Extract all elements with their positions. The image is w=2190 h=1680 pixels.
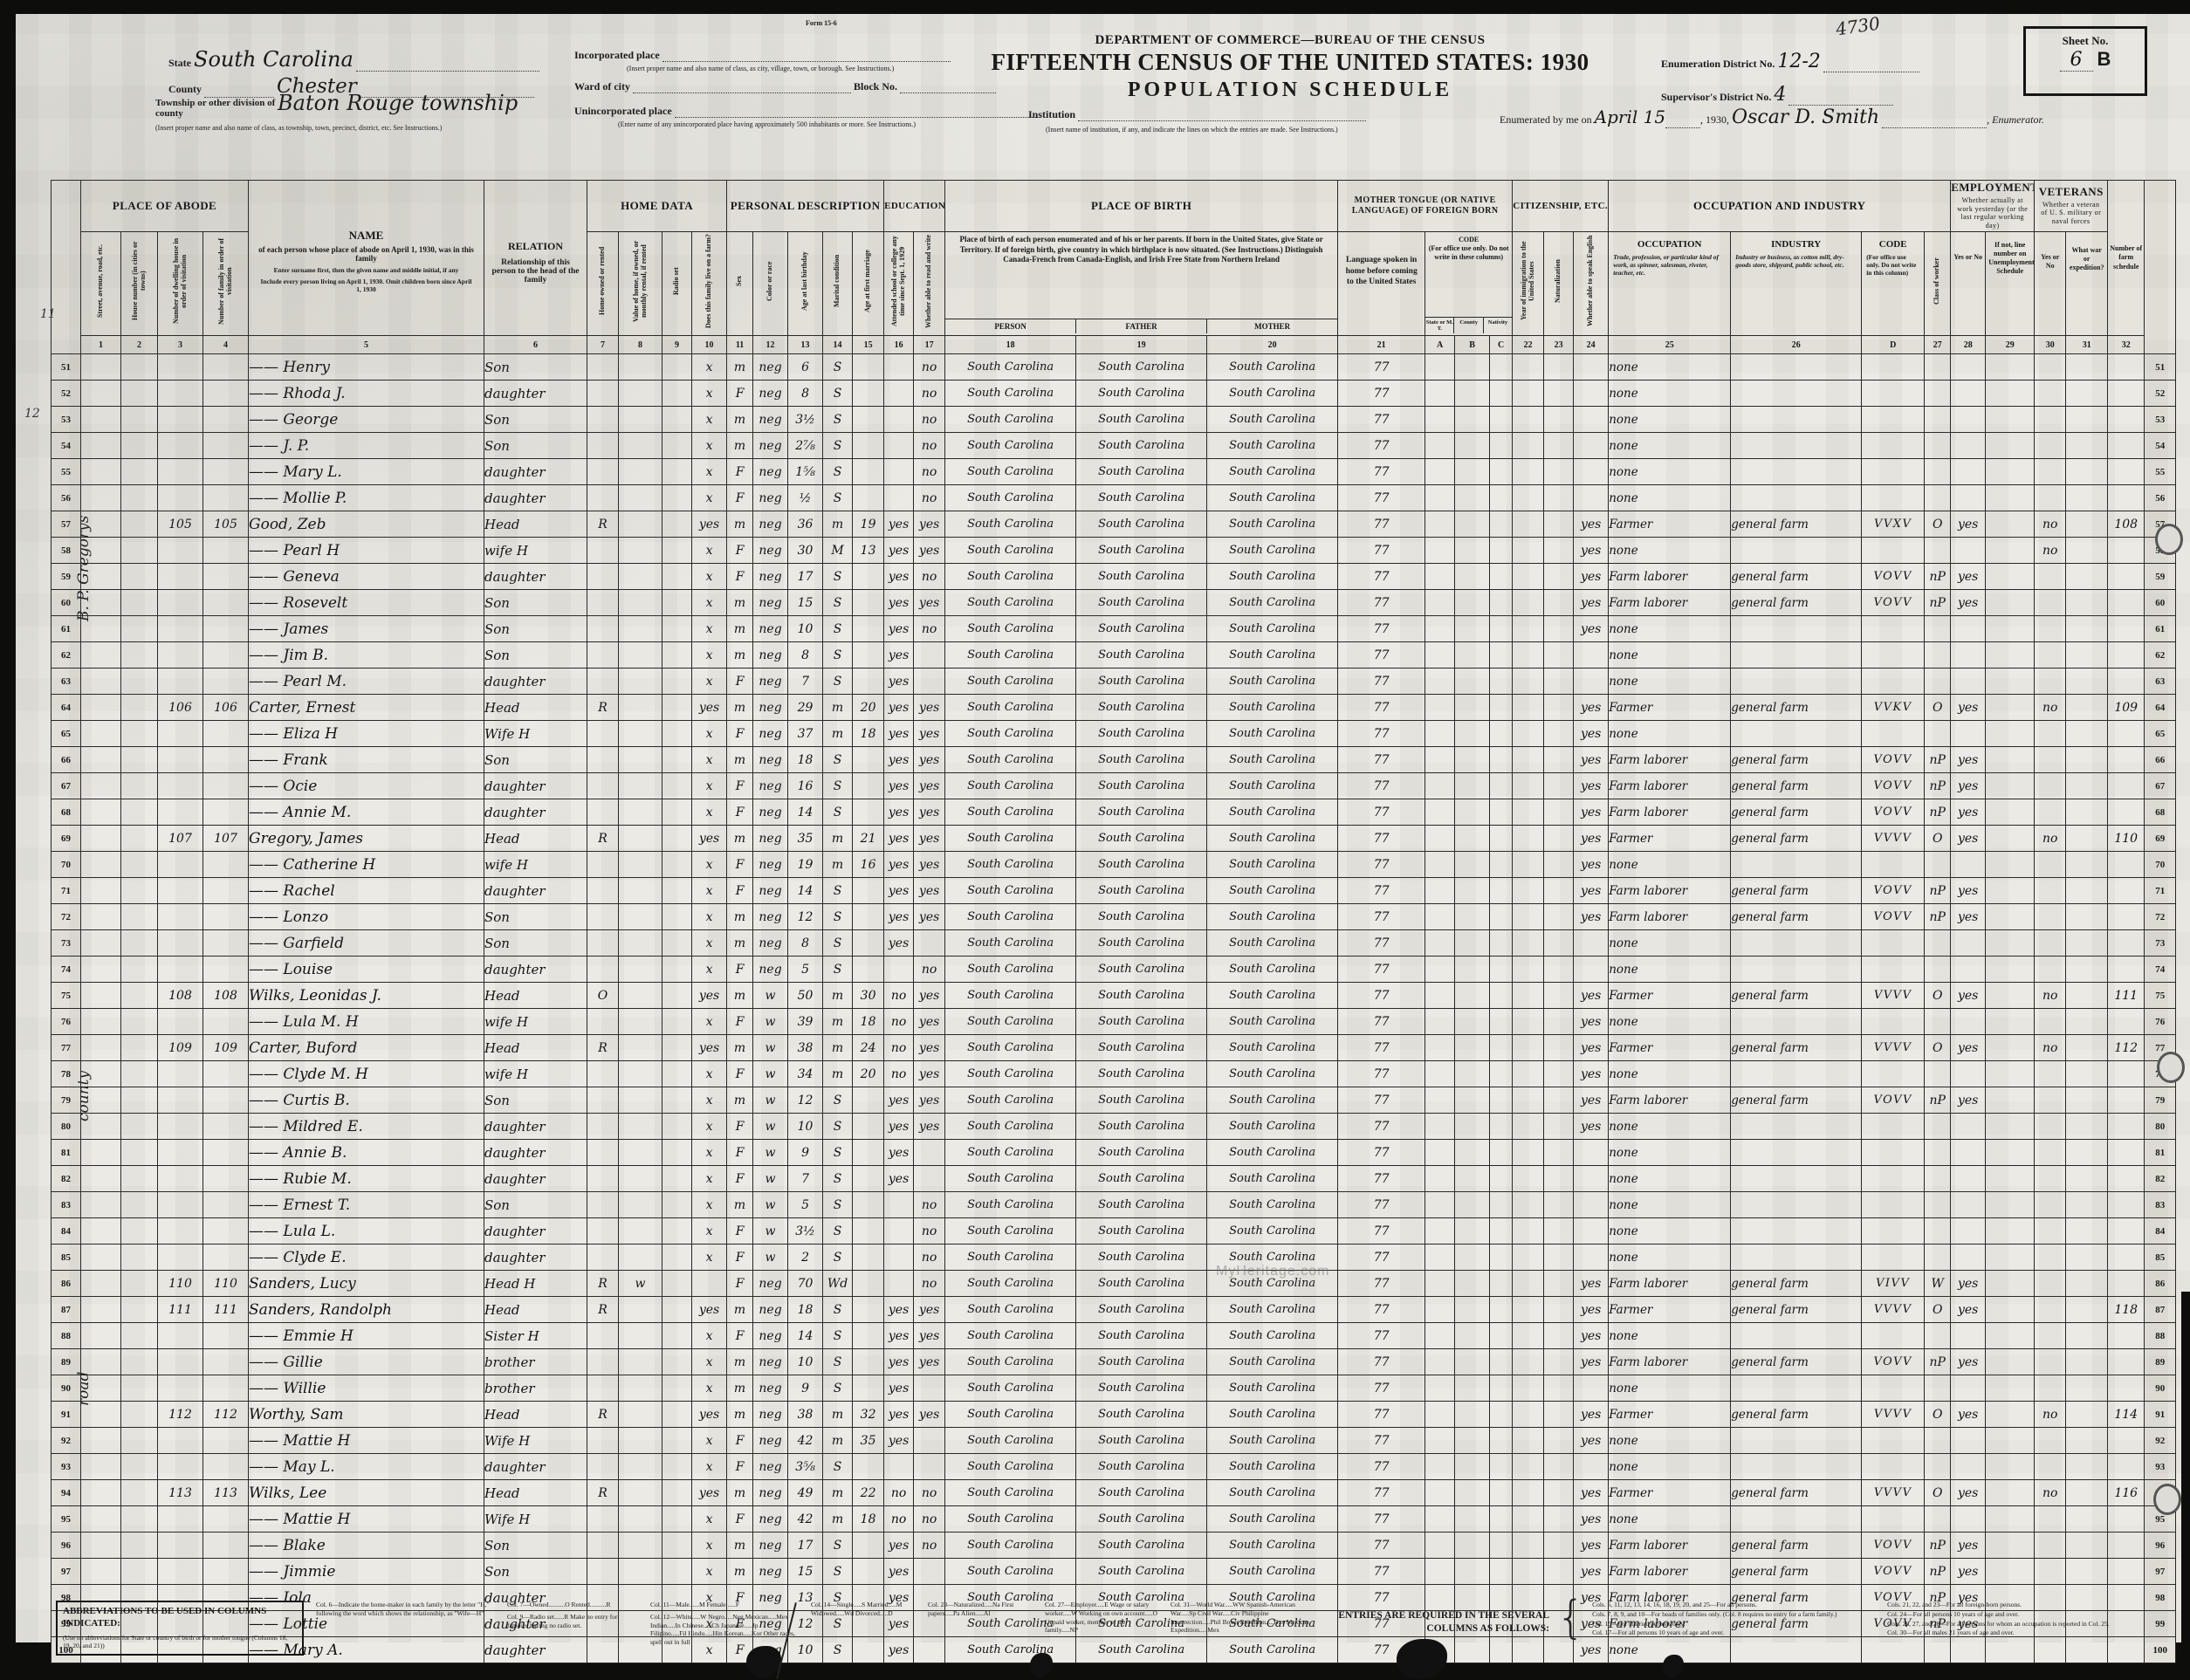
cell-val bbox=[619, 1375, 662, 1402]
cell-cC bbox=[1490, 826, 1513, 852]
cell-fsn bbox=[2108, 930, 2145, 957]
cell-own bbox=[587, 642, 619, 669]
cell-vet bbox=[2035, 1218, 2066, 1245]
cell-lang: 77 bbox=[1338, 1454, 1425, 1480]
cell-pb: South Carolina bbox=[945, 590, 1076, 616]
cell-fb: South Carolina bbox=[1076, 1533, 1207, 1559]
cell-farm: x bbox=[692, 1140, 727, 1166]
cell-dw bbox=[158, 669, 203, 695]
cell-farm: x bbox=[692, 957, 727, 983]
column-number: 17 bbox=[914, 336, 945, 354]
cell-lang: 77 bbox=[1338, 930, 1425, 957]
cell-own bbox=[587, 1533, 619, 1559]
cell-lang: 77 bbox=[1338, 433, 1425, 459]
cell-sch bbox=[884, 354, 914, 381]
cell-race: w bbox=[753, 1218, 788, 1245]
cell-spk: yes bbox=[1574, 1533, 1609, 1559]
cell-sch bbox=[884, 1192, 914, 1218]
line-number-right: 63 bbox=[2145, 669, 2176, 695]
cell-vet bbox=[2035, 1559, 2066, 1585]
cell-cls bbox=[1925, 852, 1951, 878]
cell-mar: S bbox=[823, 1114, 853, 1140]
cell-house bbox=[121, 1271, 158, 1297]
cell-street bbox=[81, 852, 121, 878]
cell-own bbox=[587, 433, 619, 459]
cell-code bbox=[1862, 354, 1925, 381]
cell-cB bbox=[1455, 1087, 1490, 1114]
cell-race: neg bbox=[753, 1271, 788, 1297]
cell-cA bbox=[1425, 1533, 1455, 1559]
cell-mar: S bbox=[823, 407, 853, 433]
cell-sex: m bbox=[727, 930, 753, 957]
cell-cls: O bbox=[1925, 1402, 1951, 1428]
cell-street bbox=[81, 826, 121, 852]
cell-spk bbox=[1574, 433, 1609, 459]
cell-vet bbox=[2035, 878, 2066, 904]
cell-cls bbox=[1925, 433, 1951, 459]
person-row: 64106106Carter, ErnestHeadRyesmneg29m20y… bbox=[51, 695, 2176, 721]
cell-nat bbox=[1544, 407, 1574, 433]
cell-name: —— Mattie H bbox=[249, 1506, 484, 1533]
cell-farm: x bbox=[692, 721, 727, 747]
cell-vet bbox=[2035, 904, 2066, 930]
cell-house bbox=[121, 957, 158, 983]
cell-cB bbox=[1455, 878, 1490, 904]
cell-emp: yes bbox=[1951, 695, 1986, 721]
cell-nat bbox=[1544, 930, 1574, 957]
cell-cC bbox=[1490, 485, 1513, 511]
cell-house bbox=[121, 407, 158, 433]
cell-vet bbox=[2035, 957, 2066, 983]
cell-afm bbox=[853, 930, 884, 957]
cell-fam bbox=[203, 616, 249, 642]
cell-lang: 77 bbox=[1338, 1402, 1425, 1428]
cell-lang: 77 bbox=[1338, 1035, 1425, 1061]
line-number-right: 93 bbox=[2145, 1454, 2176, 1480]
cell-val bbox=[619, 1559, 662, 1585]
column-number: 16 bbox=[884, 336, 914, 354]
cell-rel: daughter bbox=[484, 957, 587, 983]
cell-imm bbox=[1513, 381, 1544, 407]
cell-occ: none bbox=[1609, 1114, 1731, 1140]
person-row: 94113113Wilks, LeeHeadRyesmneg49m22nonoS… bbox=[51, 1480, 2176, 1506]
sup-district-label: Supervisor's District No. bbox=[1661, 91, 1771, 103]
cell-nat bbox=[1544, 878, 1574, 904]
header-groups-row: PLACE OF ABODE NAME of each person whose… bbox=[51, 181, 2176, 232]
cell-cC bbox=[1490, 1454, 1513, 1480]
person-row: 91112112Worthy, SamHeadRyesmneg38m32yesy… bbox=[51, 1402, 2176, 1428]
cell-unemp bbox=[1986, 1454, 2035, 1480]
cell-afm bbox=[853, 1140, 884, 1166]
cell-mb: South Carolina bbox=[1207, 1192, 1338, 1218]
cell-age: 12 bbox=[788, 1087, 823, 1114]
col-read-write-header: Whether able to read and write bbox=[925, 232, 933, 330]
cell-age: 18 bbox=[788, 1297, 823, 1323]
cell-mar: S bbox=[823, 381, 853, 407]
cell-war bbox=[2066, 642, 2108, 669]
cell-spk bbox=[1574, 1245, 1609, 1271]
cell-fsn bbox=[2108, 616, 2145, 642]
cell-radio bbox=[662, 590, 692, 616]
cell-vet: no bbox=[2035, 826, 2066, 852]
cell-mb: South Carolina bbox=[1207, 590, 1338, 616]
cell-age: 2 bbox=[788, 1245, 823, 1271]
cell-mb: South Carolina bbox=[1207, 1402, 1338, 1428]
cell-val bbox=[619, 354, 662, 381]
cell-unemp bbox=[1986, 1533, 2035, 1559]
cell-cB bbox=[1455, 1140, 1490, 1166]
cell-rel: Son bbox=[484, 904, 587, 930]
cell-race: neg bbox=[753, 1297, 788, 1323]
cell-fsn bbox=[2108, 354, 2145, 381]
cell-sch: yes bbox=[884, 695, 914, 721]
cell-ind bbox=[1731, 1428, 1862, 1454]
cell-cC bbox=[1490, 1428, 1513, 1454]
cell-lang: 77 bbox=[1338, 826, 1425, 852]
cell-code bbox=[1862, 1454, 1925, 1480]
cell-house bbox=[121, 564, 158, 590]
cell-ind bbox=[1731, 1114, 1862, 1140]
cell-fam bbox=[203, 1166, 249, 1192]
cell-own: R bbox=[587, 826, 619, 852]
cell-unemp bbox=[1986, 1166, 2035, 1192]
cell-rw: no bbox=[914, 1271, 945, 1297]
cell-cA bbox=[1425, 983, 1455, 1009]
cell-fsn bbox=[2108, 1428, 2145, 1454]
cell-val bbox=[619, 616, 662, 642]
cell-fsn bbox=[2108, 433, 2145, 459]
cell-occ: none bbox=[1609, 1323, 1731, 1349]
cell-cls bbox=[1925, 721, 1951, 747]
cell-sex: m bbox=[727, 616, 753, 642]
cell-fb: South Carolina bbox=[1076, 485, 1207, 511]
cell-fsn bbox=[2108, 1009, 2145, 1035]
cell-age: 50 bbox=[788, 983, 823, 1009]
cell-mar: m bbox=[823, 1035, 853, 1061]
cell-vet: no bbox=[2035, 983, 2066, 1009]
cell-cA bbox=[1425, 1271, 1455, 1297]
cell-sch: no bbox=[884, 1061, 914, 1087]
cell-val bbox=[619, 433, 662, 459]
col-family-header: Number of family in order of visitation bbox=[218, 232, 234, 330]
column-number: 20 bbox=[1207, 336, 1338, 354]
cell-spk bbox=[1574, 957, 1609, 983]
column-number: 23 bbox=[1544, 336, 1574, 354]
cell-name: —— Catherine H bbox=[249, 852, 484, 878]
cell-vet bbox=[2035, 459, 2066, 485]
cell-cC bbox=[1490, 1245, 1513, 1271]
cell-war bbox=[2066, 616, 2108, 642]
cell-emp bbox=[1951, 1061, 1986, 1087]
line-number-right: 91 bbox=[2145, 1402, 2176, 1428]
cell-unemp bbox=[1986, 957, 2035, 983]
cell-fb: South Carolina bbox=[1076, 1349, 1207, 1375]
cell-emp bbox=[1951, 1323, 1986, 1349]
cell-imm bbox=[1513, 1454, 1544, 1480]
cell-fb: South Carolina bbox=[1076, 1559, 1207, 1585]
cell-cls bbox=[1925, 485, 1951, 511]
cell-own bbox=[587, 852, 619, 878]
cell-farm: yes bbox=[692, 1035, 727, 1061]
cell-age: 36 bbox=[788, 511, 823, 538]
cell-occ: none bbox=[1609, 1192, 1731, 1218]
cell-lang: 77 bbox=[1338, 616, 1425, 642]
cell-lang: 77 bbox=[1338, 1375, 1425, 1402]
cell-farm: yes bbox=[692, 511, 727, 538]
cell-war bbox=[2066, 538, 2108, 564]
cell-fb: South Carolina bbox=[1076, 878, 1207, 904]
cell-cB bbox=[1455, 1271, 1490, 1297]
cell-fsn bbox=[2108, 957, 2145, 983]
cell-own bbox=[587, 354, 619, 381]
cell-occ: none bbox=[1609, 1506, 1731, 1533]
line-number-right: 73 bbox=[2145, 930, 2176, 957]
cell-code bbox=[1862, 1428, 1925, 1454]
cell-rel: wife H bbox=[484, 852, 587, 878]
cell-name: —— Geneva bbox=[249, 564, 484, 590]
cell-val bbox=[619, 1114, 662, 1140]
cell-sch: no bbox=[884, 983, 914, 1009]
cell-code: VVVV bbox=[1862, 1035, 1925, 1061]
cell-cls: nP bbox=[1925, 590, 1951, 616]
cell-occ: Farmer bbox=[1609, 511, 1731, 538]
cell-rel: Son bbox=[484, 1087, 587, 1114]
col-radio-header: Radio set bbox=[673, 232, 681, 330]
cell-spk: yes bbox=[1574, 904, 1609, 930]
cell-code: VOVV bbox=[1862, 799, 1925, 826]
cell-rw: yes bbox=[914, 1035, 945, 1061]
cell-farm: yes bbox=[692, 695, 727, 721]
cell-fam bbox=[203, 669, 249, 695]
cell-cC bbox=[1490, 799, 1513, 826]
cell-dw bbox=[158, 538, 203, 564]
cell-occ: Farm laborer bbox=[1609, 904, 1731, 930]
cell-sch: yes bbox=[884, 773, 914, 799]
person-row: 86110110Sanders, LucyHead HRwFneg70WdnoS… bbox=[51, 1271, 2176, 1297]
cell-street bbox=[81, 799, 121, 826]
col-race-header: Color or race bbox=[766, 232, 774, 330]
cell-pb: South Carolina bbox=[945, 826, 1076, 852]
cell-cls bbox=[1925, 930, 1951, 957]
cell-war bbox=[2066, 1035, 2108, 1061]
cell-code bbox=[1862, 1061, 1925, 1087]
cell-race: neg bbox=[753, 930, 788, 957]
cell-rel: brother bbox=[484, 1375, 587, 1402]
cell-fsn bbox=[2108, 1166, 2145, 1192]
cell-war bbox=[2066, 1402, 2108, 1428]
cell-rw: yes bbox=[914, 826, 945, 852]
cell-rw: yes bbox=[914, 511, 945, 538]
col-name-header: NAME of each person whose place of abode… bbox=[249, 181, 484, 336]
cell-war bbox=[2066, 983, 2108, 1009]
person-row: 63—— Pearl M.daughterxFneg7SyesSouth Car… bbox=[51, 669, 2176, 695]
cell-fb: South Carolina bbox=[1076, 799, 1207, 826]
cell-radio bbox=[662, 433, 692, 459]
cell-lang: 77 bbox=[1338, 1323, 1425, 1349]
cell-val bbox=[619, 642, 662, 669]
cell-occ: none bbox=[1609, 721, 1731, 747]
cell-war bbox=[2066, 1114, 2108, 1140]
cell-cB bbox=[1455, 616, 1490, 642]
cell-cls bbox=[1925, 538, 1951, 564]
scribble-4730: 4730 bbox=[1835, 13, 1882, 40]
cell-cA bbox=[1425, 930, 1455, 957]
cell-own: R bbox=[587, 1297, 619, 1323]
cell-sex: F bbox=[727, 485, 753, 511]
cell-occ: Farm laborer bbox=[1609, 799, 1731, 826]
cell-age: 16 bbox=[788, 773, 823, 799]
entries-note: Cols. 26, 27, and 28—For all persons for… bbox=[1887, 1620, 2175, 1629]
cell-nat bbox=[1544, 799, 1574, 826]
cell-rw: no bbox=[914, 1245, 945, 1271]
cell-radio bbox=[662, 1087, 692, 1114]
enumerated-date: April 15 bbox=[1595, 106, 1665, 127]
cell-war bbox=[2066, 1009, 2108, 1035]
cell-spk bbox=[1574, 642, 1609, 669]
cell-pb: South Carolina bbox=[945, 1375, 1076, 1402]
cell-dw: 111 bbox=[158, 1297, 203, 1323]
column-number: 3 bbox=[158, 336, 203, 354]
census-table-body: 51—— HenrySonxmneg6SnoSouth CarolinaSout… bbox=[51, 354, 2176, 1663]
cell-spk bbox=[1574, 1218, 1609, 1245]
cell-age: 37 bbox=[788, 721, 823, 747]
cell-cB bbox=[1455, 826, 1490, 852]
cell-pb: South Carolina bbox=[945, 1480, 1076, 1506]
cell-fsn bbox=[2108, 407, 2145, 433]
cell-cB bbox=[1455, 852, 1490, 878]
cell-rel: wife H bbox=[484, 1009, 587, 1035]
cell-age: 7 bbox=[788, 1166, 823, 1192]
cell-code bbox=[1862, 538, 1925, 564]
cell-sch bbox=[884, 485, 914, 511]
cell-name: —— Jimmie bbox=[249, 1559, 484, 1585]
cell-dw bbox=[158, 747, 203, 773]
cell-mar: S bbox=[823, 669, 853, 695]
cell-own bbox=[587, 904, 619, 930]
line-number-right: 76 bbox=[2145, 1009, 2176, 1035]
cell-sch: yes bbox=[884, 1323, 914, 1349]
cell-fam bbox=[203, 1323, 249, 1349]
cell-vet bbox=[2035, 642, 2066, 669]
cell-age: 8 bbox=[788, 381, 823, 407]
cell-sch: yes bbox=[884, 616, 914, 642]
cell-cB bbox=[1455, 564, 1490, 590]
cell-mar: S bbox=[823, 773, 853, 799]
cell-name: Sanders, Lucy bbox=[249, 1271, 484, 1297]
cell-nat bbox=[1544, 564, 1574, 590]
cell-fb: South Carolina bbox=[1076, 564, 1207, 590]
cell-mb: South Carolina bbox=[1207, 826, 1338, 852]
cell-ind: general farm bbox=[1731, 1533, 1862, 1559]
cell-own bbox=[587, 1506, 619, 1533]
cell-mb: South Carolina bbox=[1207, 773, 1338, 799]
cell-sch: yes bbox=[884, 1402, 914, 1428]
cell-spk bbox=[1574, 1166, 1609, 1192]
cell-age: 6 bbox=[788, 354, 823, 381]
cell-war bbox=[2066, 1375, 2108, 1402]
cell-emp: yes bbox=[1951, 878, 1986, 904]
cell-house bbox=[121, 1192, 158, 1218]
cell-radio bbox=[662, 1271, 692, 1297]
cell-spk: yes bbox=[1574, 721, 1609, 747]
cell-occ: none bbox=[1609, 433, 1731, 459]
cell-val bbox=[619, 1245, 662, 1271]
column-number: 2 bbox=[121, 336, 158, 354]
cell-age: 3½ bbox=[788, 407, 823, 433]
cell-house bbox=[121, 669, 158, 695]
cell-sex: m bbox=[727, 1297, 753, 1323]
cell-age: 38 bbox=[788, 1035, 823, 1061]
cell-mb: South Carolina bbox=[1207, 799, 1338, 826]
sheet-number-box: Sheet No. 6 B bbox=[2023, 26, 2147, 96]
cell-fam bbox=[203, 642, 249, 669]
cell-street bbox=[81, 1559, 121, 1585]
cell-cA bbox=[1425, 433, 1455, 459]
line-number-left: 95 bbox=[51, 1506, 81, 1533]
cell-val bbox=[619, 1087, 662, 1114]
cell-name: —— Mary L. bbox=[249, 459, 484, 485]
cell-code: VOVV bbox=[1862, 590, 1925, 616]
cell-fb: South Carolina bbox=[1076, 957, 1207, 983]
cell-name: —— Mildred E. bbox=[249, 1114, 484, 1140]
cell-name: —— Pearl H bbox=[249, 538, 484, 564]
cell-sch: yes bbox=[884, 1375, 914, 1402]
cell-radio bbox=[662, 564, 692, 590]
cell-own: R bbox=[587, 1480, 619, 1506]
cell-fsn bbox=[2108, 1245, 2145, 1271]
cell-fsn bbox=[2108, 1140, 2145, 1166]
cell-mar: Wd bbox=[823, 1271, 853, 1297]
cell-fb: South Carolina bbox=[1076, 747, 1207, 773]
cell-mb: South Carolina bbox=[1207, 904, 1338, 930]
sheet-letter: B bbox=[2097, 48, 2111, 70]
cell-spk: yes bbox=[1574, 1114, 1609, 1140]
cell-war bbox=[2066, 1559, 2108, 1585]
person-row: 74—— LouisedaughterxFneg5SnoSouth Caroli… bbox=[51, 957, 2176, 983]
cell-race: w bbox=[753, 1192, 788, 1218]
cell-spk: yes bbox=[1574, 1035, 1609, 1061]
cell-cls bbox=[1925, 1009, 1951, 1035]
census-scan: { "colors": {"paper": "#e8e7e1", "ink": … bbox=[0, 0, 2190, 1680]
cell-sex: F bbox=[727, 459, 753, 485]
cell-fsn bbox=[2108, 1114, 2145, 1140]
column-number: 13 bbox=[788, 336, 823, 354]
cell-sex: m bbox=[727, 354, 753, 381]
cell-val bbox=[619, 1480, 662, 1506]
cell-street bbox=[81, 930, 121, 957]
cell-fb: South Carolina bbox=[1076, 511, 1207, 538]
cell-fsn bbox=[2108, 799, 2145, 826]
cell-farm: yes bbox=[692, 826, 727, 852]
cell-fsn: 118 bbox=[2108, 1297, 2145, 1323]
cell-occ: Farmer bbox=[1609, 1402, 1731, 1428]
cell-mar: S bbox=[823, 616, 853, 642]
cell-unemp bbox=[1986, 590, 2035, 616]
cell-code: VVKV bbox=[1862, 695, 1925, 721]
cell-fam bbox=[203, 747, 249, 773]
cell-rel: Son bbox=[484, 747, 587, 773]
cell-imm bbox=[1513, 1218, 1544, 1245]
cell-own bbox=[587, 1323, 619, 1349]
cell-age: 30 bbox=[788, 538, 823, 564]
cell-cls bbox=[1925, 1192, 1951, 1218]
cell-vet bbox=[2035, 930, 2066, 957]
cell-code bbox=[1862, 485, 1925, 511]
cell-farm: x bbox=[692, 1166, 727, 1192]
cell-code: VOVV bbox=[1862, 1559, 1925, 1585]
cell-farm: x bbox=[692, 1506, 727, 1533]
cell-fsn bbox=[2108, 1087, 2145, 1114]
